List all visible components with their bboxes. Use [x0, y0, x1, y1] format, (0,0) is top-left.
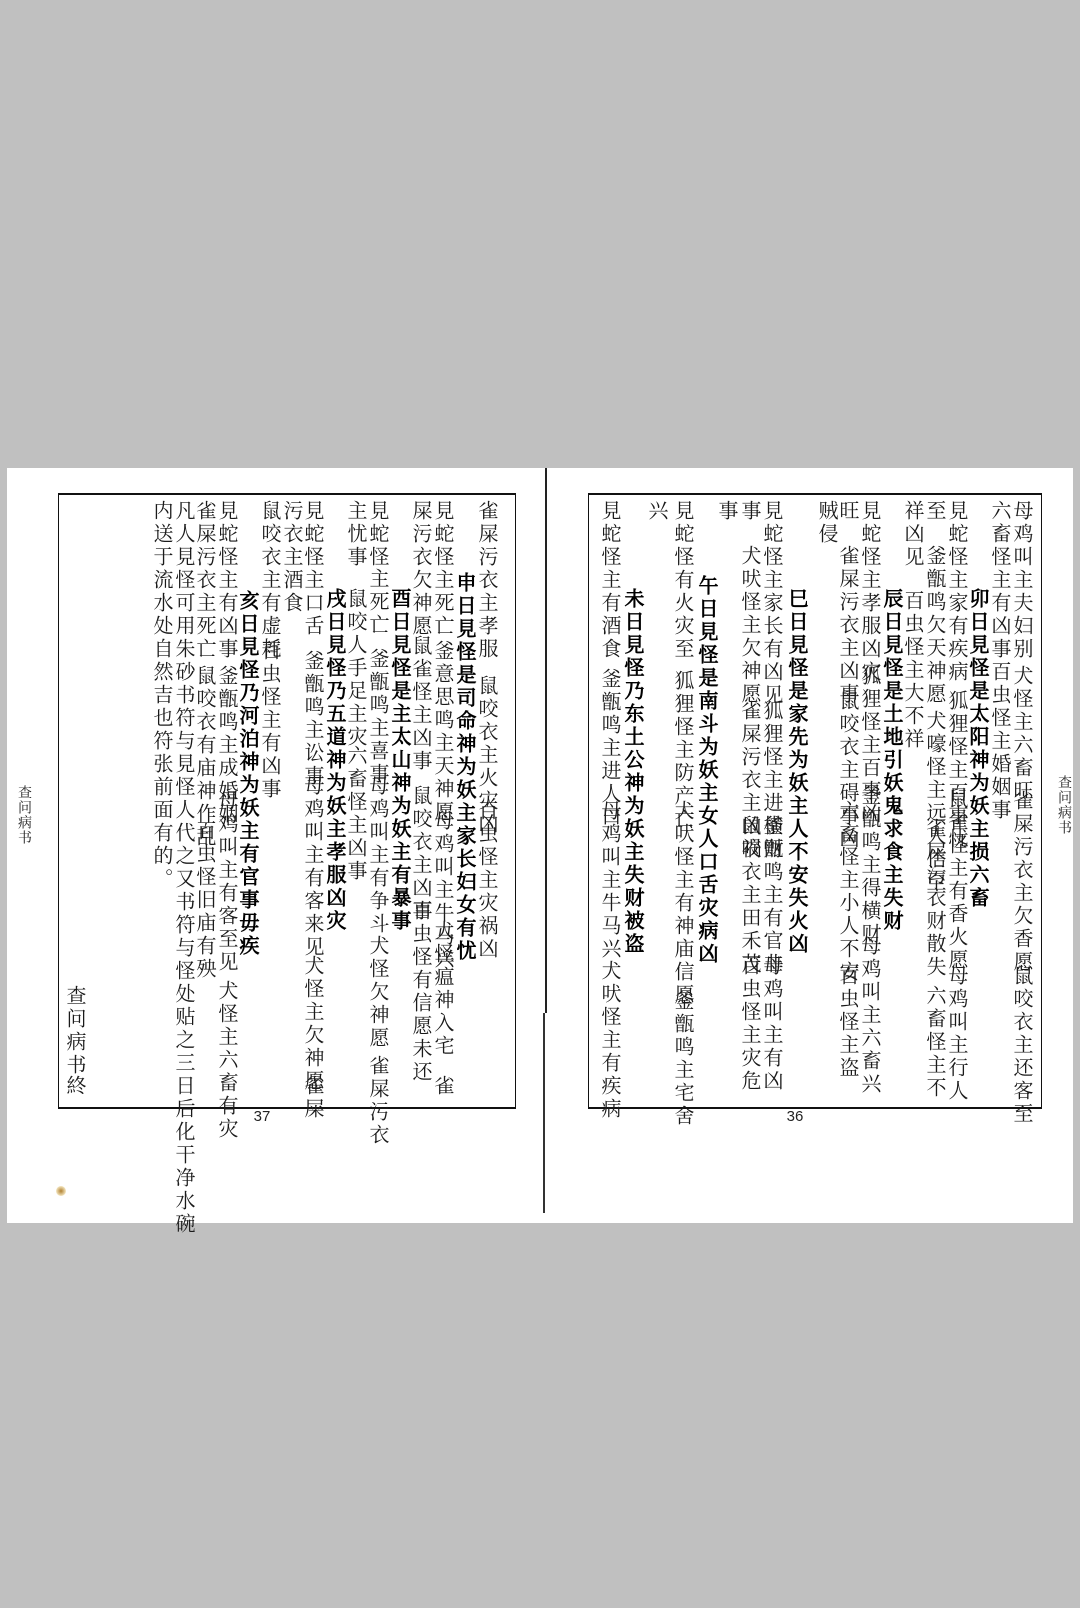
- text-column-segment: 内送于流水处自然吉也符张前面有的。: [151, 500, 173, 891]
- text-column-segment: 贼侵: [816, 500, 838, 546]
- text-column-segment: 百虫怪主大不祥: [902, 590, 924, 751]
- text-column-segment: 見蛇怪主有凶事: [216, 500, 238, 661]
- text-column-segment: 釜甑鸣欠天神愿: [924, 545, 946, 706]
- text-column-segment: 雀屎污衣: [367, 1055, 389, 1147]
- text-column-segment: 主忧事: [345, 500, 367, 569]
- text-column-segment: 主死亡: [367, 568, 389, 637]
- text-column-segment: 見蛇怪主口舌: [302, 500, 324, 638]
- text-column-segment: 雀屎污衣财散失: [924, 818, 946, 979]
- text-column-segment: 見蛇怪主有酒食: [599, 500, 621, 661]
- text-column-segment: 百虫怪主盗: [837, 965, 859, 1080]
- text-column-segment: 鼠雀怪主凶事: [410, 635, 432, 773]
- scan-speck: [56, 1186, 66, 1196]
- text-column-segment: 見蛇怪主孝服凶灾: [859, 500, 881, 684]
- day-heading-column: 午日見怪是南斗为妖主女人口舌灾病凶: [696, 575, 718, 966]
- text-column-segment: 鼠雀怪主有香火愿: [946, 788, 968, 972]
- text-column-segment: 釜意思鸣主天神愿: [432, 640, 454, 824]
- text-column-segment: 凡人見怪可用朱砂书符与見怪人代之又书符与怪处贴之三日后化干净水碗: [173, 500, 195, 1236]
- page-number-left: 37: [254, 1108, 271, 1125]
- text-column-segment: 六畜怪主不: [924, 985, 946, 1100]
- text-column-segment: 鼠咬衣主田禾茂: [739, 815, 761, 976]
- text-column-segment: 六畜怪主有凶事百虫怪主婚姻事: [989, 500, 1011, 822]
- text-column-segment: 六畜怪主小人不安: [837, 800, 859, 984]
- day-heading-column: 酉日見怪是主太山神为妖主有暴事: [389, 588, 411, 933]
- text-column-segment: 見蛇怪: [367, 500, 389, 569]
- text-column-segment: 屎污衣欠神愿: [410, 500, 432, 638]
- text-column-segment: 釜甑鸣主得横财: [859, 785, 881, 946]
- right-page-running-head: 查问病书: [1054, 775, 1074, 835]
- text-column-segment: 犬怪瘟神入宅: [432, 920, 454, 1058]
- text-column-segment: 母鸡叫主行人: [946, 965, 968, 1103]
- text-column-segment: 鼠咬人手足主灾: [345, 588, 367, 749]
- day-heading-column: 卯日見怪是太阳神为妖主损六畜: [967, 588, 989, 910]
- text-column-segment: 母鸡叫主有客至见: [216, 790, 238, 974]
- text-column-segment: 祥凶见: [902, 500, 924, 569]
- text-column-segment: 釜甑鸣主有官非: [761, 815, 783, 976]
- text-column-segment: 百虫怪主灾祸凶: [476, 800, 498, 961]
- day-heading-column: 戌日見怪乃五道神为妖主孝服凶灾: [324, 588, 346, 933]
- text-column-segment: 事: [739, 500, 761, 523]
- book-spine-line-lower: [543, 1013, 545, 1213]
- text-column-segment: 鼠咬衣主还客至: [1011, 965, 1033, 1126]
- book-spine-line: [545, 468, 547, 1013]
- text-column-segment: 母鸡叫主牛马兴: [599, 800, 621, 961]
- text-column-segment: 母鸡叫主有争斗: [367, 775, 389, 936]
- text-column-segment: 雀: [432, 1075, 454, 1098]
- text-column-segment: 旺: [837, 500, 859, 523]
- text-column-segment: 釜甑鸣主讼事: [302, 650, 324, 788]
- text-column-segment: 六畜怪主凶事: [345, 745, 367, 883]
- day-heading-column: 巳日見怪是家先为妖主人不安失火凶: [786, 588, 808, 956]
- end-title: 查问病书: [64, 985, 86, 1077]
- text-column-segment: 犬怪主欠神愿: [302, 955, 324, 1093]
- text-column-segment: 犬吠怪主欠神愿: [739, 545, 761, 706]
- text-column-segment: 見蛇怪主家有疾病: [946, 500, 968, 684]
- end-mark: 終: [64, 1075, 86, 1098]
- text-column-segment: 雀屎污衣主孝服: [476, 500, 498, 661]
- text-column-segment: 污衣主酒食: [281, 500, 303, 615]
- text-column-segment: 母鸡叫主有客来见: [302, 775, 324, 959]
- text-column-segment: 犬怪主六畜有灾: [216, 980, 238, 1141]
- day-heading-column: 申日見怪是司命神为妖主家长妇女有忧: [454, 572, 476, 963]
- day-heading-column: 未日見怪乃东土公神为妖主失财被盗: [622, 588, 644, 956]
- text-column-segment: 犬吠怪主有疾病: [599, 960, 621, 1121]
- text-column-segment: 釜甑鸣主喜事: [367, 648, 389, 786]
- text-column-segment: 百虫怪有信愿未还: [410, 900, 432, 1084]
- text-column-segment: 至: [924, 500, 946, 523]
- text-column-segment: 鼠咬衣主有虚耗: [259, 500, 281, 661]
- text-column-segment: 事: [716, 500, 738, 523]
- left-page-running-head: 查问病书: [14, 785, 34, 845]
- text-column-segment: 犬吠怪主有神庙信愿: [672, 800, 694, 1007]
- page-number-right: 36: [787, 1108, 804, 1125]
- text-column-segment: 見蛇怪主死亡: [432, 500, 454, 638]
- text-column-segment: 雀屎污衣主凶事: [837, 545, 859, 706]
- text-column-segment: 百虫怪主有凶事: [259, 640, 281, 801]
- text-column-segment: 見蛇怪主家长有凶见: [761, 500, 783, 707]
- text-column-segment: 雀屎污衣主欠香愿: [1011, 790, 1033, 974]
- text-column-segment: 犬怪欠神愿: [367, 935, 389, 1050]
- text-column-segment: 百虫怪旧庙有殃: [194, 820, 216, 981]
- text-column-segment: 百虫怪主灾危: [739, 955, 761, 1093]
- text-column-segment: 母鸡叫主夫妇别: [1011, 500, 1033, 661]
- day-heading-column: 辰日見怪是土地引妖鬼求食主失财: [881, 588, 903, 933]
- day-heading-column: 亥日見怪乃河泊神为妖主有官事毋疾: [237, 590, 259, 958]
- text-column-segment: 犬怪主六畜旺: [1011, 665, 1033, 803]
- text-column-segment: 兴: [646, 500, 668, 523]
- text-column-segment: 雀屎: [302, 1075, 324, 1121]
- text-column-segment: 母鸡叫主六畜兴: [859, 935, 881, 1096]
- text-column-segment: 釜甑鸣主宅舍: [672, 990, 694, 1128]
- text-column-segment: 見蛇怪有火灾至: [672, 500, 694, 661]
- text-column-segment: 雀屎污衣主死亡: [194, 500, 216, 661]
- text-column-segment: 母鸡叫主有凶: [761, 955, 783, 1093]
